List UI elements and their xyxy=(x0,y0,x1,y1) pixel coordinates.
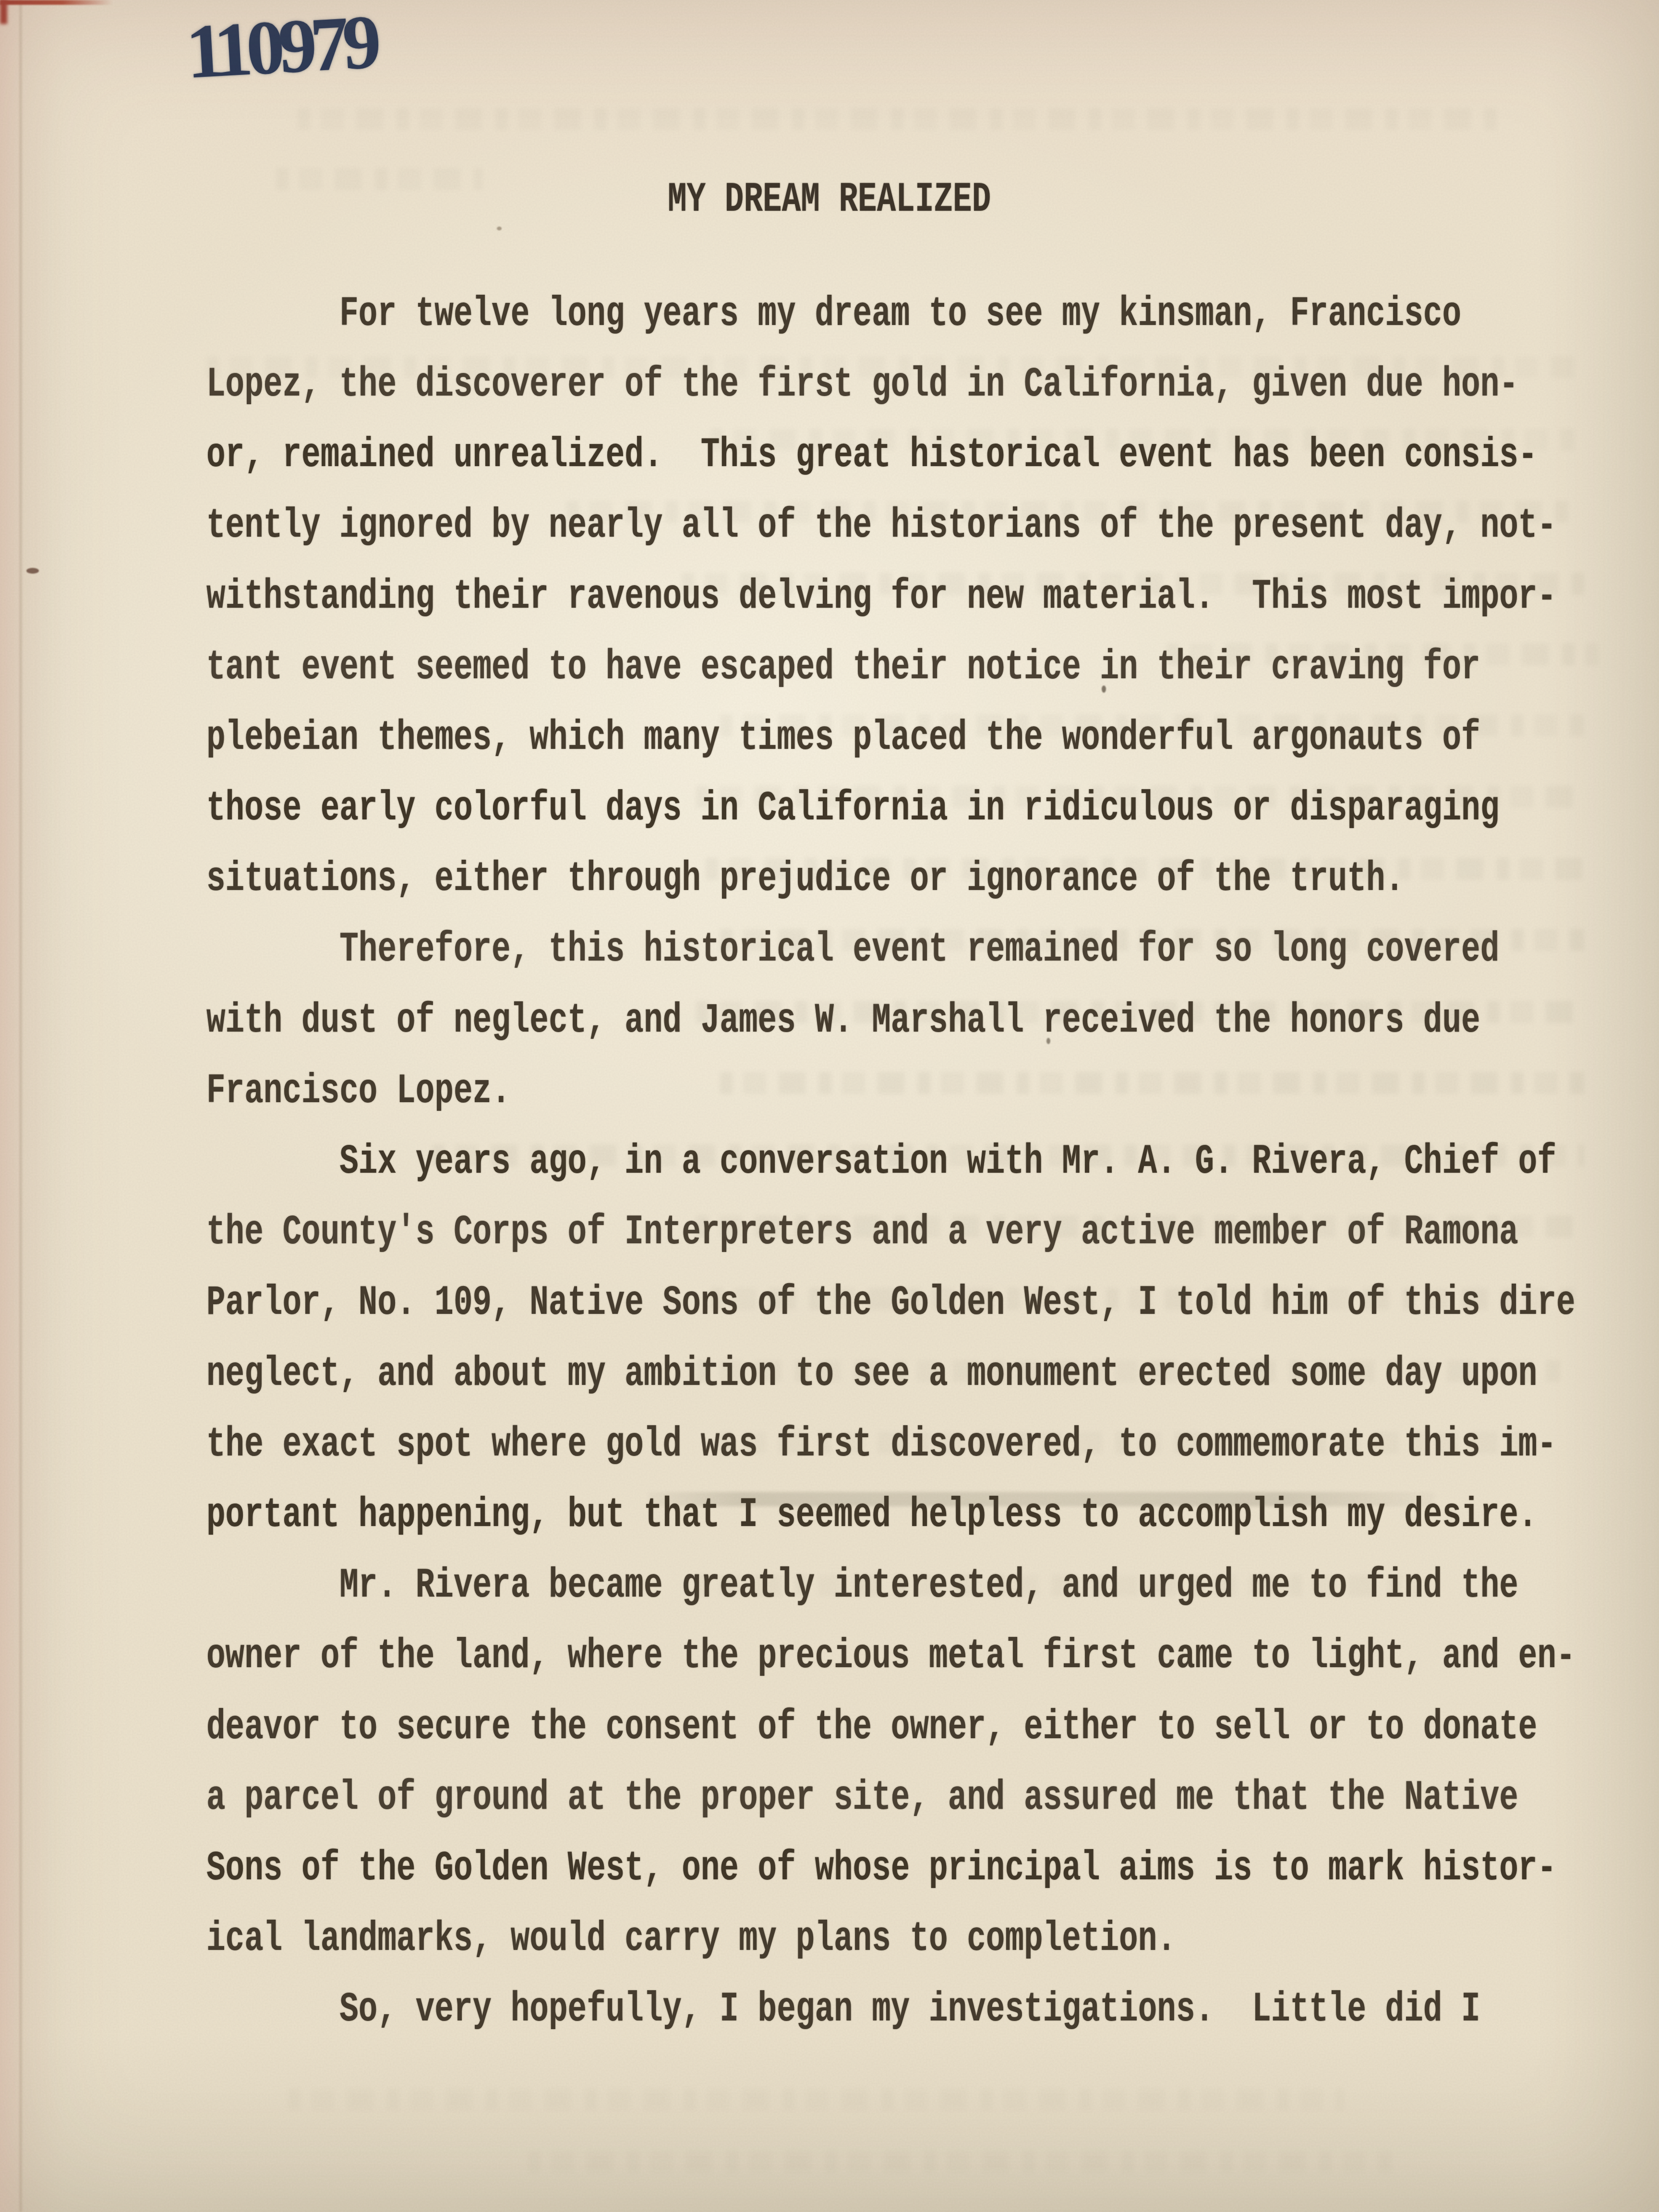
bleed-through-mark xyxy=(706,858,1594,880)
bleed-through-mark xyxy=(710,429,1575,451)
typed-line: portant happening, but that I seemed hel… xyxy=(206,1479,1599,1550)
bleed-through-mark xyxy=(566,501,1575,523)
left-edge-tint xyxy=(0,0,20,2212)
typed-line: tant event seemed to have escaped their … xyxy=(206,632,1599,702)
bleed-through-mark xyxy=(528,2151,1392,2173)
red-edge-sliver xyxy=(0,0,113,5)
bleed-through-dark-smear xyxy=(648,1492,1435,1506)
ink-speck xyxy=(1102,685,1106,693)
ink-speck xyxy=(1046,1038,1050,1044)
bleed-through-mark xyxy=(432,1144,1584,1166)
bleed-through-mark xyxy=(288,2088,1344,2110)
bleed-through-mark xyxy=(720,1431,1536,1454)
bleed-through-mark xyxy=(696,1575,1416,1597)
bleed-through-mark xyxy=(720,1072,1584,1094)
typed-line: ical landmarks, would carry my plans to … xyxy=(206,1903,1599,1974)
bleed-through-mark xyxy=(720,714,1584,736)
bleed-through-mark xyxy=(206,356,1575,378)
typed-line: plebeian themes, which many times placed… xyxy=(206,702,1599,773)
typed-line: those early colorful days in California … xyxy=(206,773,1599,843)
bleed-through-mark xyxy=(696,786,1584,808)
typed-line: withstanding their ravenous delving for … xyxy=(206,561,1599,632)
red-corner-mark xyxy=(0,0,7,24)
bleed-through-mark xyxy=(696,1215,1584,1238)
ink-speck xyxy=(497,227,502,230)
typed-line: a parcel of ground at the proper site, a… xyxy=(206,1762,1599,1833)
bleed-through-mark xyxy=(276,168,482,190)
bleed-through-mark xyxy=(696,1001,1584,1023)
typed-line: owner of the land, where the precious me… xyxy=(206,1621,1599,1692)
bleed-through-mark xyxy=(1166,643,1599,665)
bleed-through-mark xyxy=(298,108,1498,130)
catalog-number-stamp: 110979 xyxy=(184,3,377,90)
ink-speck xyxy=(26,568,39,574)
document-title: MY DREAM REALIZED xyxy=(668,164,991,235)
typed-line: Sons of the Golden West, one of whose pr… xyxy=(206,1833,1599,1903)
typed-line: For twelve long years my dream to see my… xyxy=(206,278,1599,349)
bleed-through-mark xyxy=(710,1288,1575,1310)
scan-seam-line xyxy=(20,0,22,2212)
scanned-document-page: 110979 MY DREAM REALIZED For twelve long… xyxy=(0,0,1659,2212)
bleed-through-mark xyxy=(682,573,1594,595)
typed-line: deavor to secure the consent of the owne… xyxy=(206,1692,1599,1762)
bleed-through-mark xyxy=(720,929,1584,951)
typed-line: So, very hopefully, I began my investiga… xyxy=(206,1974,1599,2044)
bleed-through-mark xyxy=(696,1360,1560,1382)
